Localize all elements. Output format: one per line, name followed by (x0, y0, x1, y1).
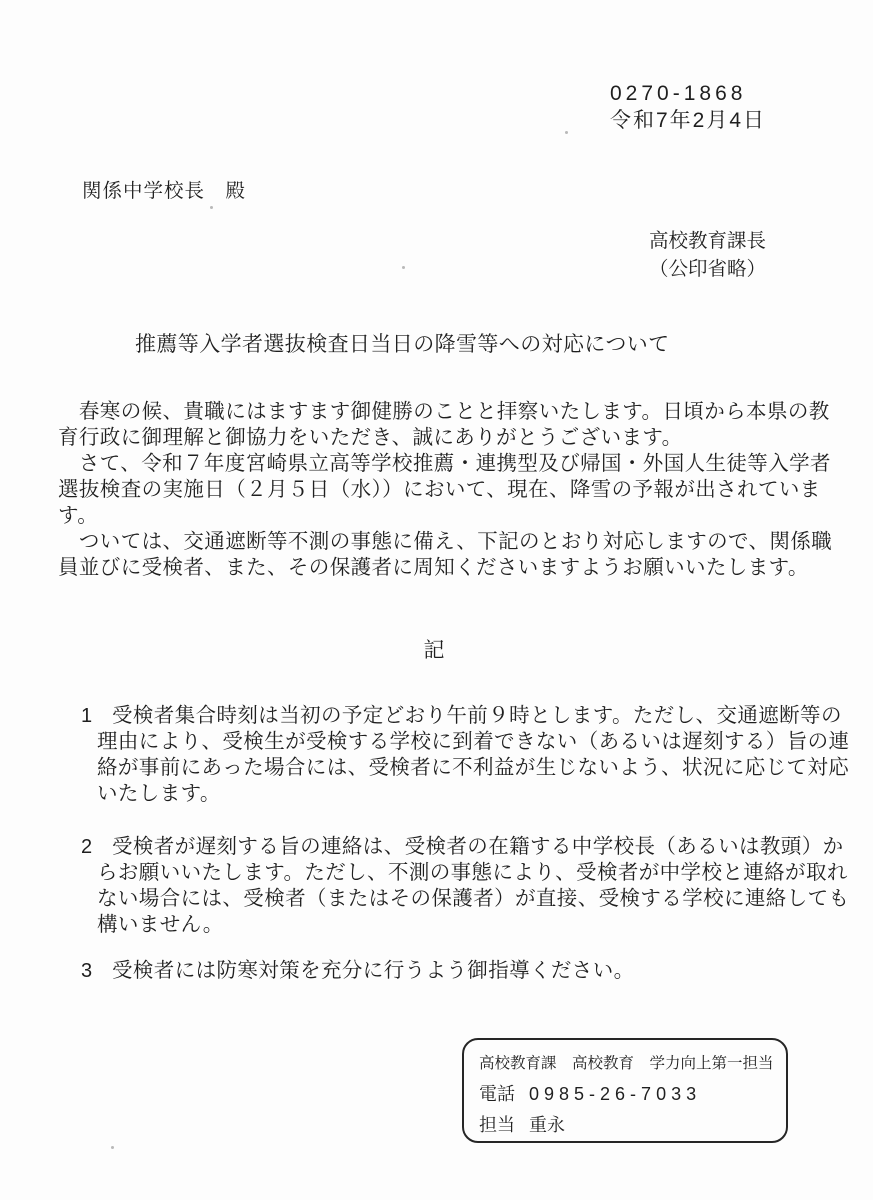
list-item-text: 受検者が遅刻する旨の連絡は、受検者の在籍する中学校長（あるいは教頭）か らお願い… (97, 834, 857, 938)
sender-title: 高校教育課長 (649, 227, 766, 255)
contact-phone-row: 電話0985-26-7033 (479, 1079, 786, 1110)
document-header-right: 0270-1868 令和7年2月4日 (610, 80, 766, 134)
staff-label: 担当 (479, 1115, 515, 1135)
remark-heading: 記 (0, 634, 868, 664)
list-item-text: 受検者には防寒対策を充分に行うよう御指導ください。 (97, 958, 857, 984)
subject-title: 推薦等入学者選抜検査日当日の降雪等への対応について (135, 328, 670, 358)
numbered-list: 1 受検者集合時刻は当初の予定どおり午前９時とします。ただし、交通遮断等の 理由… (97, 703, 857, 984)
issue-date: 令和7年2月4日 (610, 107, 766, 134)
scan-speck (565, 131, 568, 134)
scan-speck (402, 266, 405, 269)
body-paragraphs: 春寒の候、貴職にはますます御健勝のことと拝察いたします。日頃から本県の教 育行政… (58, 399, 858, 581)
contact-staff-row: 担当重永 (479, 1110, 786, 1141)
list-item-number: 2 (81, 834, 93, 860)
sender-block: 高校教育課長 （公印省略） (649, 227, 766, 283)
phone-number: 0985-26-7033 (529, 1084, 701, 1104)
list-item-text: 受検者集合時刻は当初の予定どおり午前９時とします。ただし、交通遮断等の 理由によ… (97, 703, 857, 807)
scanned-letter-page: 0270-1868 令和7年2月4日 関係中学校長 殿 高校教育課長 （公印省略… (0, 0, 873, 1200)
list-item: 2 受検者が遅刻する旨の連絡は、受検者の在籍する中学校長（あるいは教頭）か らお… (97, 834, 857, 938)
contact-department: 高校教育課 高校教育 学力向上第一担当 (479, 1048, 786, 1079)
sender-seal-note: （公印省略） (649, 255, 766, 283)
list-item: 3 受検者には防寒対策を充分に行うよう御指導ください。 (97, 958, 857, 984)
contact-box: 高校教育課 高校教育 学力向上第一担当 電話0985-26-7033 担当重永 (462, 1038, 788, 1143)
document-number: 0270-1868 (610, 80, 766, 107)
scan-speck (111, 1146, 114, 1149)
recipient-line: 関係中学校長 殿 (82, 175, 246, 203)
list-item-number: 1 (81, 703, 93, 729)
list-item-number: 3 (81, 958, 93, 984)
list-item: 1 受検者集合時刻は当初の予定どおり午前９時とします。ただし、交通遮断等の 理由… (97, 703, 857, 807)
staff-name: 重永 (529, 1115, 565, 1135)
scan-speck (210, 206, 213, 209)
phone-label: 電話 (479, 1084, 515, 1104)
